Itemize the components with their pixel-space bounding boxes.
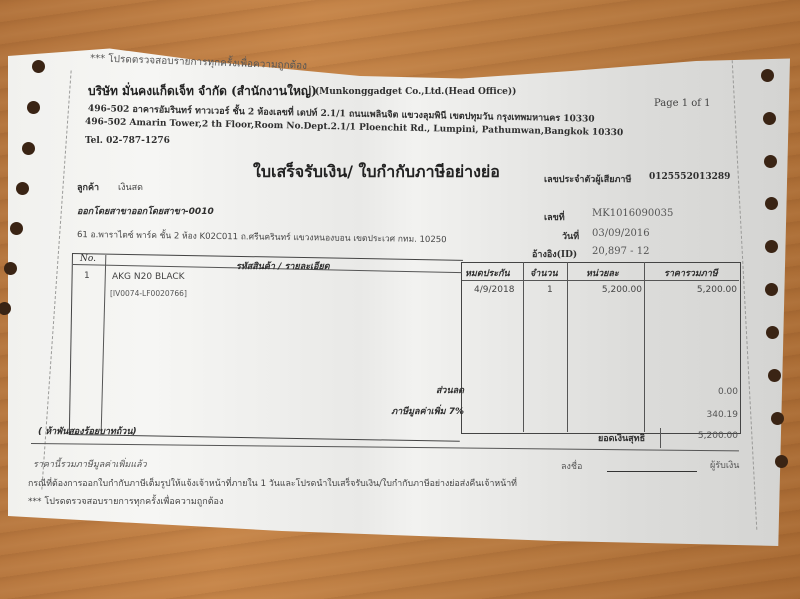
row-unit-price: 5,200.00 xyxy=(580,285,642,295)
feed-hole xyxy=(763,112,776,125)
row-item-name: AKG N20 BLACK xyxy=(112,272,185,282)
amount-in-words: ( ห้าพันสองร้อยบาทถ้วน) xyxy=(38,424,137,438)
net-value: 5,200.00 xyxy=(660,431,738,441)
company-name-en: (Munkonggadget Co.,Ltd.(Head Office)) xyxy=(315,87,516,97)
page-indicator: Page 1 of 1 xyxy=(654,98,711,109)
col-divider xyxy=(523,262,524,432)
company-name-th: บริษัท มั่นคงแก็ดเจ็ท จำกัด (สำนักงานใหญ… xyxy=(88,82,317,101)
row-no: 1 xyxy=(84,271,90,281)
header-no: No. xyxy=(80,254,96,264)
feed-hole xyxy=(16,182,29,195)
feed-hole xyxy=(764,155,777,168)
row-warranty: 4/9/2018 xyxy=(474,285,514,295)
feed-hole xyxy=(768,369,781,382)
discount-value: 0.00 xyxy=(660,387,738,397)
header-unit-price: หน่วยละ xyxy=(586,266,619,280)
customer-label: ลูกค้า xyxy=(77,180,99,194)
row-qty: 1 xyxy=(547,285,553,295)
feed-hole xyxy=(771,412,784,425)
vat-included-note: ราคานี้รวมภาษีมูลค่าเพิ่มแล้ว xyxy=(33,457,147,471)
issued-by: ออกโดยสาขาออกโดยสาขา-0010 xyxy=(77,204,214,218)
receiver-label: ผู้รับเงิน xyxy=(710,458,739,472)
discount-label: ส่วนลด xyxy=(380,383,464,397)
feed-hole xyxy=(32,60,45,73)
company-tel: Tel. 02-787-1276 xyxy=(85,136,170,146)
header-total: ราคารวมภาษี xyxy=(664,266,718,280)
row-total: 5,200.00 xyxy=(660,285,737,295)
feed-hole xyxy=(765,240,778,253)
header-qty: จำนวน xyxy=(530,266,558,280)
feed-hole xyxy=(761,69,774,82)
doc-number-label: เลขที่ xyxy=(544,210,565,224)
header-warranty: หมดประกัน xyxy=(465,266,510,280)
doc-ref: 20,897 - 12 xyxy=(592,246,649,257)
feed-hole xyxy=(10,222,23,235)
feed-hole xyxy=(765,197,778,210)
customer-value: เงินสด xyxy=(118,180,143,194)
full-invoice-instruction: กรณีที่ต้องการออกใบกำกับภาษีเต็มรูปให้แจ… xyxy=(28,476,517,490)
feed-hole xyxy=(765,283,778,296)
sign-label: ลงชื่อ xyxy=(561,459,582,473)
header-divider xyxy=(462,280,739,281)
document-title: ใบเสร็จรับเงิน/ ใบกำกับภาษีอย่างย่อ xyxy=(253,160,500,185)
header-code-desc: รหัสสินค้า / รายละเอียด xyxy=(236,259,330,273)
tax-id: 0125552013289 xyxy=(649,172,730,182)
row-item-code: [IV0074-LF0020766] xyxy=(110,289,187,298)
doc-ref-label: อ้างอิง(ID) xyxy=(532,247,577,261)
feed-hole xyxy=(775,455,788,468)
doc-date-label: วันที่ xyxy=(562,229,579,243)
col-divider xyxy=(567,262,568,432)
doc-number: MK1016090035 xyxy=(592,208,673,219)
feed-hole xyxy=(27,101,40,114)
feed-hole xyxy=(766,326,779,339)
feed-hole xyxy=(22,142,35,155)
doc-date: 03/09/2016 xyxy=(592,228,650,239)
check-items-note: *** โปรดตรวจสอบรายการทุกครั้งเพื่อความถู… xyxy=(28,494,223,508)
tax-id-label: เลขประจำตัวผู้เสียภาษี xyxy=(544,172,631,186)
net-label: ยอดเงินสุทธิ xyxy=(598,431,645,445)
vat-label: ภาษีมูลค่าเพิ่ม 7% xyxy=(360,404,464,418)
signature-line xyxy=(607,471,697,472)
vat-value: 340.19 xyxy=(660,410,738,420)
col-divider xyxy=(644,262,645,432)
feed-hole xyxy=(4,262,17,275)
